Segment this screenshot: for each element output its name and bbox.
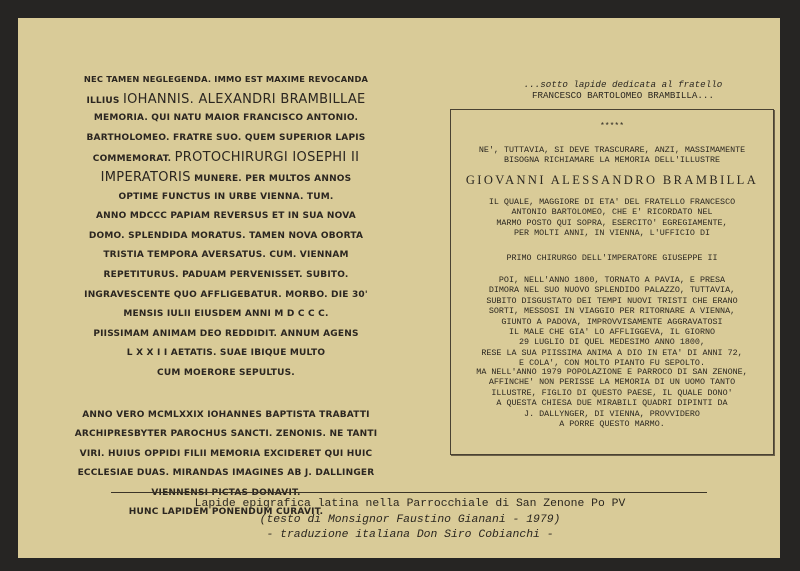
- caption-line-3: - traduzione italiana Don Siro Cobianchi…: [100, 528, 720, 544]
- translation-line: 29 LUGLIO DI QUEL MEDESIMO ANNO 1800,: [451, 337, 773, 347]
- translation-line: A PORRE QUESTO MARMO.: [451, 419, 773, 429]
- inscription-line: OPTIME FUNCTUS IN URBE VIENNA. TUM.: [70, 188, 382, 208]
- inscription-line: ARCHIPRESBYTER PAROCHUS SANCTI. ZENONIS.…: [70, 425, 382, 445]
- translation-paragraph-5: MA NELL'ANNO 1979 POPOLAZIONE E PARROCO …: [451, 367, 773, 429]
- translation-line: POI, NELL'ANNO 1800, TORNATO A PAVIA, E …: [451, 275, 773, 285]
- translation-line: ANTONIO BARTOLOMEO, CHE E' RICORDATO NEL: [451, 207, 773, 217]
- translation-line: MA NELL'ANNO 1979 POPOLAZIONE E PARROCO …: [451, 367, 773, 377]
- translation-line: MARMO POSTO QUI SOPRA, ESERCITO' EGREGIA…: [451, 218, 773, 228]
- inscription-gap: [70, 384, 382, 406]
- inscription-line: ECCLESIAE DUAS. MIRANDAS IMAGINES AB J. …: [70, 464, 382, 484]
- translation-name-heading: GIOVANNI ALESSANDRO BRAMBILLA: [451, 173, 773, 187]
- stars-ornament: *****: [451, 122, 773, 132]
- inscription-line: ANNO VERO MCMLXXIX IOHANNES BAPTISTA TRA…: [70, 406, 382, 426]
- latin-inscription: NEC TAMEN NEGLEGENDA. IMMO EST MAXIME RE…: [70, 70, 382, 523]
- inscription-line: MENSIS IULII EIUSDEM ANNI M D C C C.: [70, 305, 382, 325]
- intro-note: ...sotto lapide dedicata al fratello FRA…: [488, 80, 758, 101]
- translation-line: A QUESTA CHIESA DUE MIRABILI QUADRI DIPI…: [451, 398, 773, 408]
- inscription-line: IMPERATORIS MUNERE. PER MULTOS ANNOS: [70, 168, 382, 188]
- inscription-line: ANNO MDCCC PAPIAM REVERSUS ET IN SUA NOV…: [70, 207, 382, 227]
- translation-line: PRIMO CHIRURGO DELL'IMPERATORE GIUSEPPE …: [451, 253, 773, 263]
- inscription-line: BARTHOLOMEO. FRATRE SUO. QUEM SUPERIOR L…: [70, 129, 382, 149]
- intro-line-2: FRANCESCO BARTOLOMEO BRAMBILLA...: [488, 91, 758, 102]
- translation-line: J. DALLYNGER, DI VIENNA, PROVVIDERO: [451, 409, 773, 419]
- translation-line: IL QUALE, MAGGIORE DI ETA' DEL FRATELLO …: [451, 197, 773, 207]
- caption-divider: [111, 492, 707, 493]
- intro-line-1: ...sotto lapide dedicata al fratello: [488, 80, 758, 91]
- translation-line: IL MALE CHE GIA' LO AFFLIGGEVA, IL GIORN…: [451, 327, 773, 337]
- translation-line: RESE LA SUA PIISSIMA ANIMA A DIO IN ETA'…: [451, 348, 773, 358]
- translation-paragraph-1: NE', TUTTAVIA, SI DEVE TRASCURARE, ANZI,…: [451, 145, 773, 166]
- inscription-line: COMMEMORAT. PROTOCHIRURGI IOSEPHI II: [70, 148, 382, 168]
- translation-line: SUBITO DISGUSTATO DEI TEMPI NUOVI TRISTI…: [451, 296, 773, 306]
- caption: Lapide epigrafica latina nella Parrocchi…: [100, 497, 720, 544]
- inscription-line: VIRI. HUIUS OPPIDI FILII MEMORIA EXCIDER…: [70, 445, 382, 465]
- translation-line: ILLUSTRE, FIGLIO DI QUESTO PAESE, IL QUA…: [451, 388, 773, 398]
- inscription-line: TRISTIA TEMPORA AVERSATUS. CUM. VIENNAM: [70, 246, 382, 266]
- translation-line: BISOGNA RICHIAMARE LA MEMORIA DELL'ILLUS…: [451, 155, 773, 165]
- translation-line: GIUNTO A PADOVA, IMPROVVISAMENTE AGGRAVA…: [451, 317, 773, 327]
- italian-translation-box: ***** NE', TUTTAVIA, SI DEVE TRASCURARE,…: [450, 109, 774, 455]
- caption-line-2: (testo di Monsignor Faustino Gianani - 1…: [100, 513, 720, 529]
- translation-line: PER MOLTI ANNI, IN VIENNA, L'UFFICIO DI: [451, 228, 773, 238]
- inscription-line: REPETITURUS. PADUAM PERVENISSET. SUBITO.: [70, 266, 382, 286]
- translation-line: NE', TUTTAVIA, SI DEVE TRASCURARE, ANZI,…: [451, 145, 773, 155]
- inscription-line: MEMORIA. QUI NATU MAIOR FRANCISCO ANTONI…: [70, 109, 382, 129]
- inscription-line: NEC TAMEN NEGLEGENDA. IMMO EST MAXIME RE…: [70, 70, 382, 90]
- translation-paragraph-3: PRIMO CHIRURGO DELL'IMPERATORE GIUSEPPE …: [451, 253, 773, 263]
- translation-paragraph-4: POI, NELL'ANNO 1800, TORNATO A PAVIA, E …: [451, 275, 773, 369]
- inscription-line: L X X I I AETATIS. SUAE IBIQUE MULTO: [70, 344, 382, 364]
- document-page: NEC TAMEN NEGLEGENDA. IMMO EST MAXIME RE…: [18, 18, 780, 558]
- inscription-line: DOMO. SPLENDIDA MORATUS. TAMEN NOVA OBOR…: [70, 227, 382, 247]
- inscription-line: ILLIUS IOHANNIS. ALEXANDRI BRAMBILLAE: [70, 90, 382, 110]
- inscription-line: PIISSIMAM ANIMAM DEO REDDIDIT. ANNUM AGE…: [70, 325, 382, 345]
- translation-line: AFFINCHE' NON PERISSE LA MEMORIA DI UN U…: [451, 377, 773, 387]
- inscription-line: INGRAVESCENTE QUO AFFLIGEBATUR. MORBO. D…: [70, 286, 382, 306]
- translation-line: SORTI, MESSOSI IN VIAGGIO PER RITORNARE …: [451, 306, 773, 316]
- translation-line: DIMORA NEL SUO NUOVO SPLENDIDO PALAZZO, …: [451, 285, 773, 295]
- caption-line-1: Lapide epigrafica latina nella Parrocchi…: [100, 497, 720, 513]
- translation-paragraph-2: IL QUALE, MAGGIORE DI ETA' DEL FRATELLO …: [451, 197, 773, 239]
- inscription-line: CUM MOERORE SEPULTUS.: [70, 364, 382, 384]
